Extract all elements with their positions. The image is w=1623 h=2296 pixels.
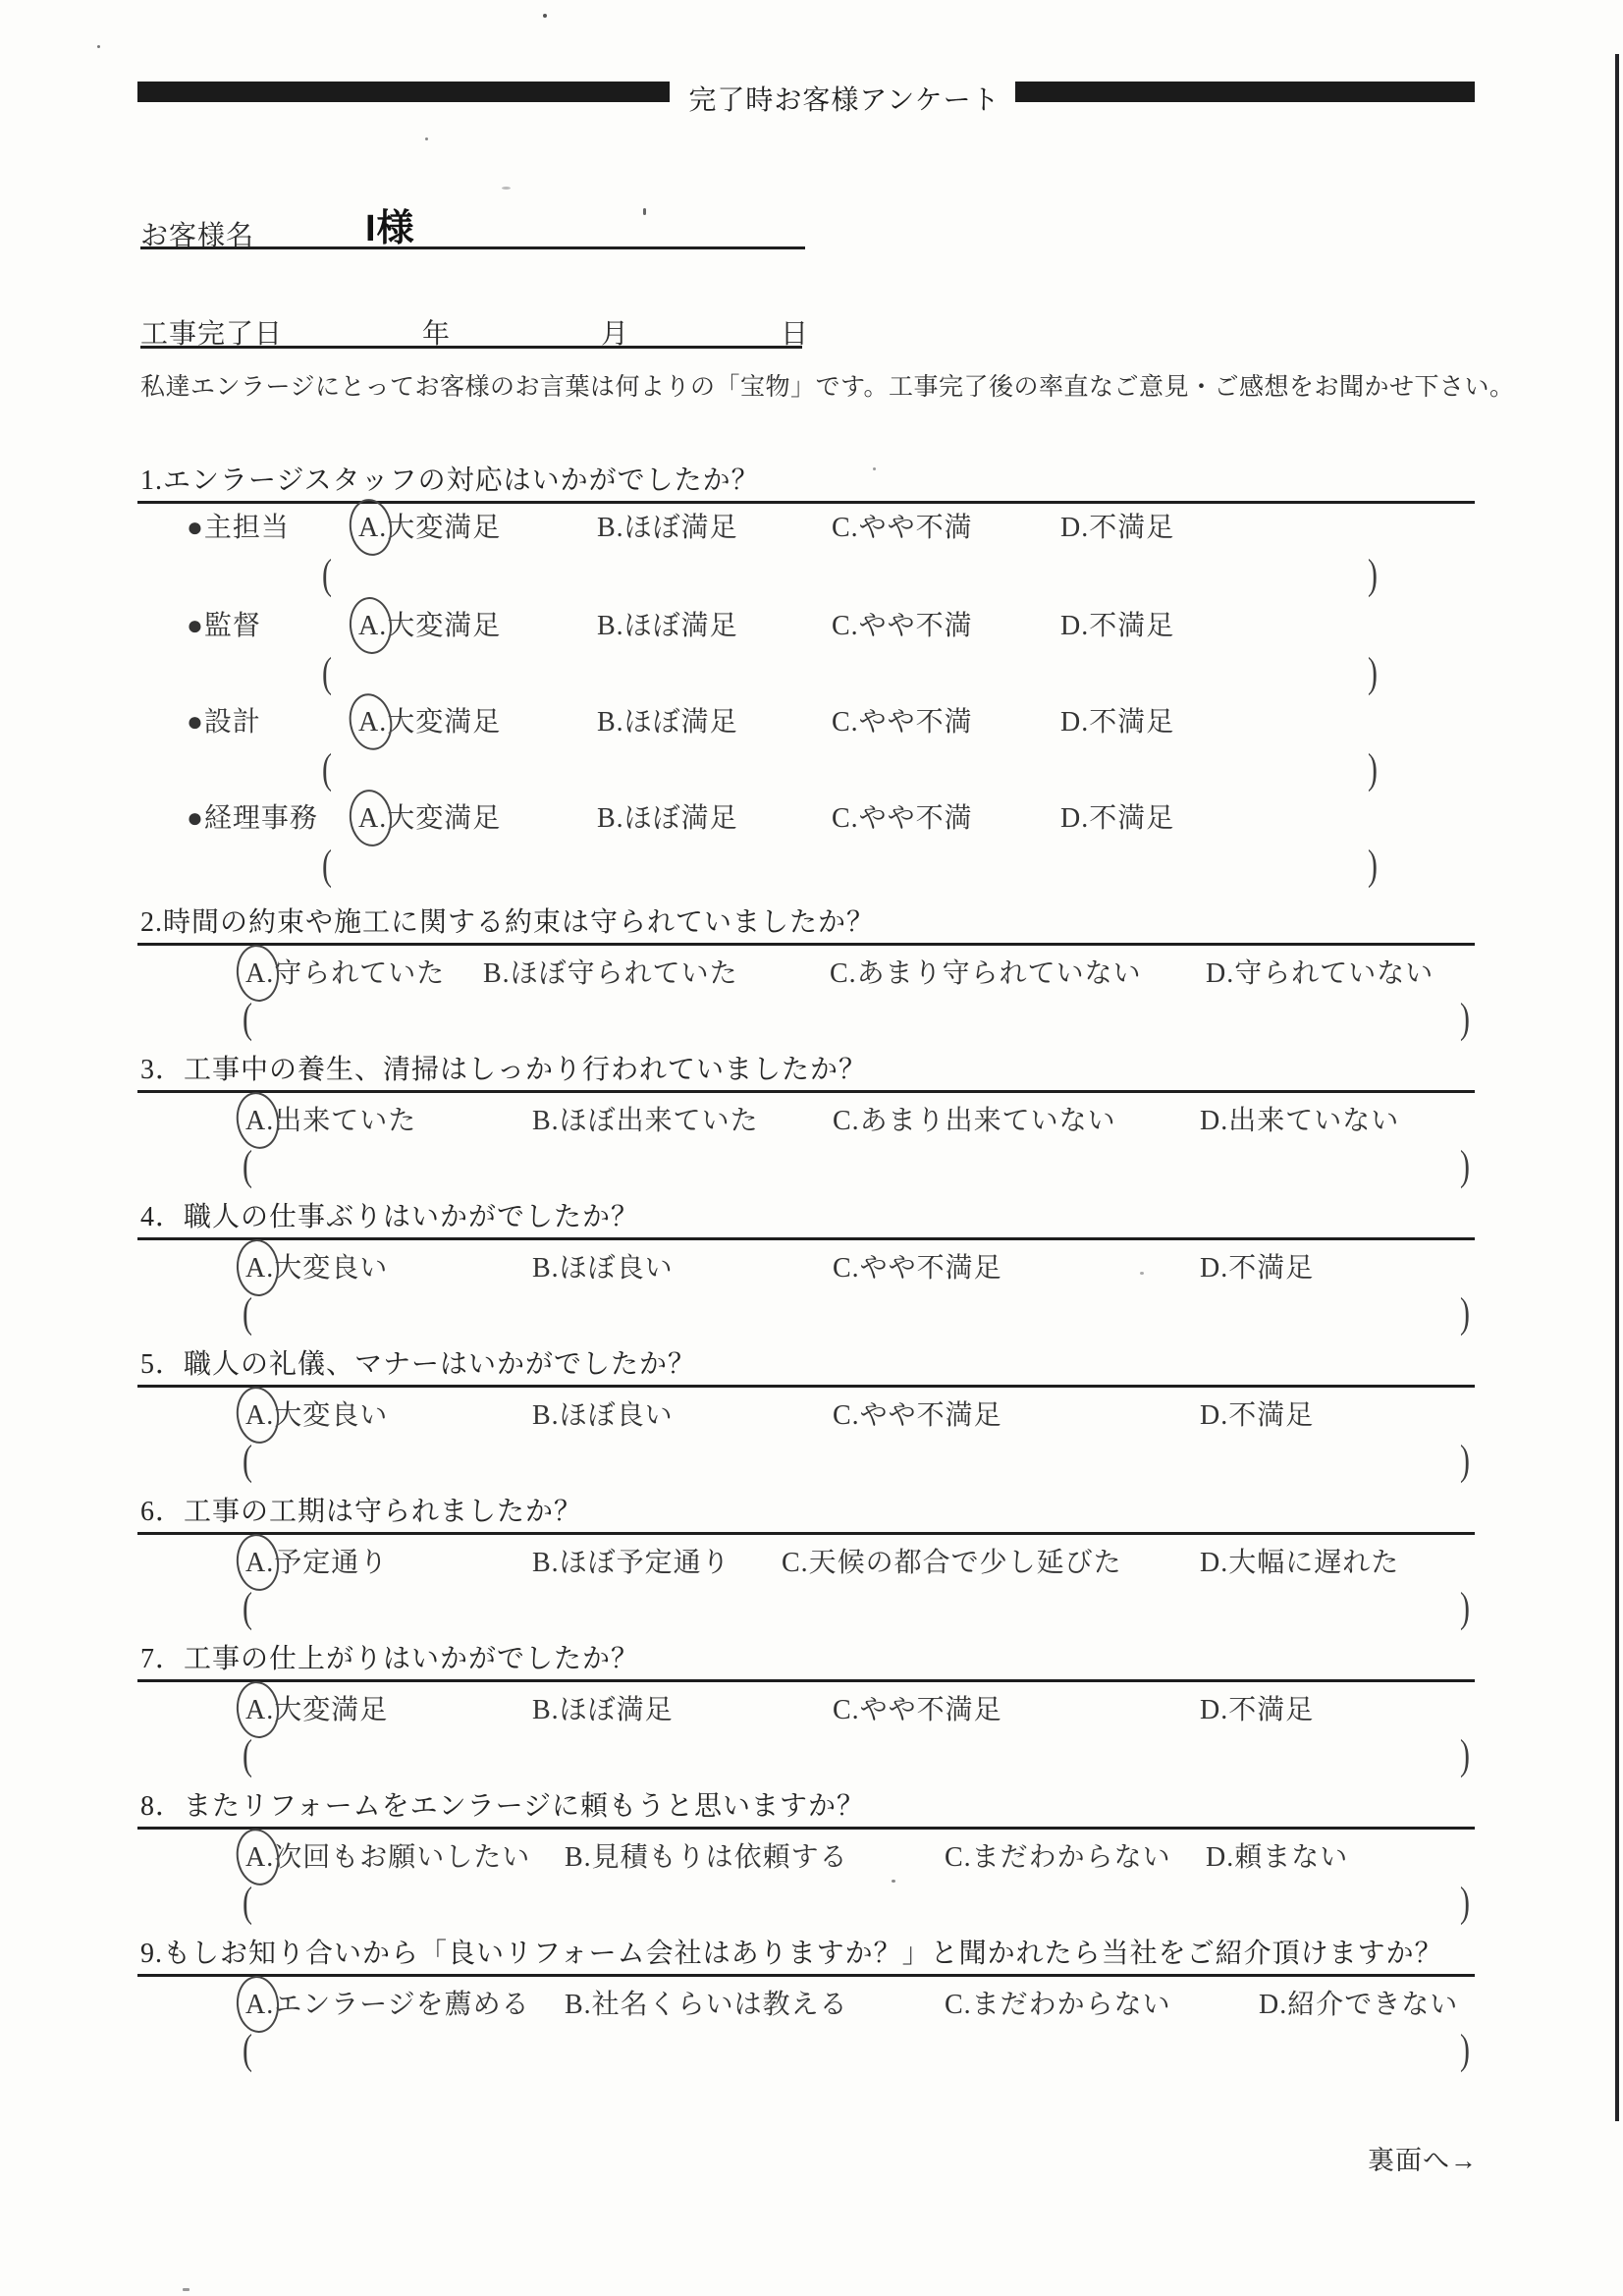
answer-option[interactable]: D.頼まない — [1206, 1840, 1348, 1876]
comment-paren-close: ) — [1368, 838, 1378, 895]
date-month-field[interactable] — [461, 310, 595, 346]
comment-write-area[interactable] — [278, 2027, 1442, 2072]
answer-option[interactable]: B.社名くらいは教える — [565, 1988, 848, 2023]
question-title: 3．工事中の養生、清掃はしっかり行われていましたか？ — [140, 1053, 867, 1088]
answer-option[interactable]: D.大幅に遅れた — [1200, 1546, 1399, 1581]
answer-option[interactable]: C.あまり出来ていない — [833, 1104, 1116, 1139]
answer-option[interactable]: B.ほぼ良い — [532, 1251, 674, 1286]
comment-write-area[interactable] — [278, 1585, 1442, 1630]
question-underline — [137, 1385, 1475, 1388]
question-title: 6．工事の工期は守られましたか？ — [140, 1495, 582, 1530]
selection-circle-mark: A. — [245, 1693, 274, 1728]
comment-paren-close: ) — [1460, 1433, 1470, 1490]
question-underline — [137, 1532, 1475, 1535]
answer-option[interactable]: B.ほぼ守られていた — [483, 957, 738, 992]
answer-option[interactable]: D.不満足 — [1200, 1693, 1314, 1728]
answer-option[interactable]: A.守られていた — [245, 957, 445, 992]
comment-paren-close: ) — [1460, 1285, 1470, 1342]
comment-paren-open: ( — [322, 838, 332, 895]
answer-option[interactable]: A.大変満足 — [358, 609, 501, 644]
scan-speck — [873, 467, 876, 470]
comment-write-area[interactable] — [278, 1438, 1442, 1483]
question-underline — [137, 943, 1475, 946]
answer-option[interactable]: A.大変満足 — [358, 801, 501, 837]
question-title: 4．職人の仕事ぶりはいかがでしたか？ — [140, 1200, 639, 1235]
comment-paren-close: ) — [1460, 991, 1470, 1048]
comment-write-area[interactable] — [278, 1143, 1442, 1188]
answer-option[interactable]: A.大変満足 — [358, 511, 501, 546]
scan-speck — [425, 137, 428, 140]
comment-paren-open: ( — [243, 1285, 252, 1342]
comment-paren-close: ) — [1460, 2022, 1470, 2079]
scan-speck — [502, 187, 511, 190]
answer-option[interactable]: C.やや不満 — [832, 801, 973, 837]
answer-option[interactable]: C.やや不満足 — [833, 1251, 1002, 1286]
survey-page: 完了時お客様アンケート お客様名 I様 工事完了日 年 月 日 私達エンラージに… — [0, 0, 1623, 2296]
question-title: 1.エンラージスタッフの対応はいかがでしたか？ — [140, 464, 760, 499]
scan-speck — [543, 14, 547, 18]
date-day-field[interactable] — [648, 310, 776, 346]
answer-option[interactable]: A.大変満足 — [358, 705, 501, 740]
answer-option[interactable]: A.予定通り — [245, 1546, 388, 1581]
question-underline — [137, 1090, 1475, 1093]
question-title: 2.時間の約束や施工に関する約束は守られていましたか？ — [140, 905, 875, 941]
selection-circle-mark: A. — [245, 1251, 274, 1286]
answer-option[interactable]: A.大変良い — [245, 1251, 388, 1286]
selection-circle-mark: A. — [358, 705, 387, 740]
comment-paren-open: ( — [243, 1727, 252, 1784]
answer-option[interactable]: B.ほぼ満足 — [597, 609, 738, 644]
comment-write-area[interactable] — [357, 746, 1350, 792]
comment-paren-close: ) — [1460, 1727, 1470, 1784]
answer-option[interactable]: B.ほぼ予定通り — [532, 1546, 730, 1581]
answer-option[interactable]: D.不満足 — [1060, 511, 1174, 546]
question-title: 5．職人の礼儀、マナーはいかがでしたか？ — [140, 1347, 696, 1383]
answer-option[interactable]: B.ほぼ良い — [532, 1398, 674, 1434]
answer-option[interactable]: D.不満足 — [1200, 1251, 1314, 1286]
answer-option[interactable]: A.出来ていた — [245, 1104, 416, 1139]
question-title: 7．工事の仕上がりはいかがでしたか？ — [140, 1642, 639, 1677]
selection-circle-mark: A. — [358, 801, 387, 837]
answer-option[interactable]: B.ほぼ満足 — [597, 801, 738, 837]
comment-paren-close: ) — [1460, 1580, 1470, 1637]
answer-option[interactable]: C.まだわからない — [945, 1840, 1171, 1876]
comment-paren-open: ( — [243, 1580, 252, 1637]
answer-option[interactable]: D.紹介できない — [1259, 1988, 1458, 2023]
date-year-field[interactable] — [295, 310, 416, 346]
answer-option[interactable]: D.出来ていない — [1200, 1104, 1399, 1139]
answer-option[interactable]: C.まだわからない — [945, 1988, 1171, 2023]
answer-option[interactable]: D.守られていない — [1206, 957, 1434, 992]
answer-option[interactable]: C.やや不満 — [832, 609, 973, 644]
answer-option[interactable]: D.不満足 — [1060, 609, 1174, 644]
back-side-note: 裏面へ→ — [1368, 2139, 1478, 2177]
comment-paren-open: ( — [243, 1138, 252, 1195]
answer-option[interactable]: C.天候の都合で少し延びた — [782, 1546, 1122, 1581]
comment-paren-close: ) — [1460, 1138, 1470, 1195]
comment-write-area[interactable] — [278, 1732, 1442, 1777]
question-title: 8．またリフォームをエンラージに頼もうと思いますか？ — [140, 1789, 865, 1825]
answer-option[interactable]: B.見積もりは依頼する — [565, 1840, 848, 1876]
comment-paren-open: ( — [243, 2022, 252, 2079]
customer-name-value: I様 — [365, 197, 415, 251]
comment-paren-close: ) — [1368, 645, 1378, 702]
comment-paren-close: ) — [1368, 741, 1378, 798]
answer-option[interactable]: C.やや不満 — [832, 705, 973, 740]
selection-circle-mark: A. — [245, 1840, 274, 1876]
selection-circle-mark: A. — [245, 1546, 274, 1581]
answer-option[interactable]: C.やや不満 — [832, 511, 973, 546]
comment-write-area[interactable] — [357, 650, 1350, 695]
answer-option[interactable]: B.ほぼ満足 — [532, 1693, 674, 1728]
comment-paren-close: ) — [1368, 547, 1378, 604]
selection-circle-mark: A. — [245, 957, 274, 992]
row-bullet-label: ●設計 — [187, 705, 261, 740]
scan-speck — [183, 2288, 189, 2291]
answer-option[interactable]: D.不満足 — [1060, 801, 1174, 837]
selection-circle-mark: A. — [245, 1988, 274, 2023]
header-bar-right — [1015, 82, 1475, 102]
answer-option[interactable]: D.不満足 — [1060, 705, 1174, 740]
selection-circle-mark: A. — [358, 511, 387, 546]
comment-write-area[interactable] — [357, 843, 1350, 888]
answer-option[interactable]: A.大変良い — [245, 1398, 388, 1434]
question-underline — [137, 1237, 1475, 1240]
answer-option[interactable]: B.ほぼ満足 — [597, 705, 738, 740]
selection-circle-mark: A. — [245, 1104, 274, 1139]
comment-write-area[interactable] — [278, 996, 1442, 1041]
answer-option[interactable]: D.不満足 — [1200, 1398, 1314, 1434]
scan-speck — [643, 208, 646, 215]
selection-circle-mark: A. — [245, 1398, 274, 1434]
comment-paren-close: ) — [1460, 1875, 1470, 1932]
answer-option[interactable]: A.エンラージを薦める — [245, 1988, 530, 2023]
comment-paren-open: ( — [322, 741, 332, 798]
comment-write-area[interactable] — [278, 1880, 1442, 1925]
answer-option[interactable]: A.次回もお願いしたい — [245, 1840, 530, 1876]
question-underline — [137, 501, 1475, 504]
comment-paren-open: ( — [243, 1433, 252, 1490]
comment-write-area[interactable] — [357, 552, 1350, 597]
answer-option[interactable]: B.ほぼ満足 — [597, 511, 738, 546]
question-underline — [137, 1679, 1475, 1682]
answer-option[interactable]: C.やや不満足 — [833, 1693, 1002, 1728]
comment-paren-open: ( — [243, 1875, 252, 1932]
question-title: 9.もしお知り合いから「良いリフォーム会社はありますか？」と聞かれたら当社をご紹… — [140, 1937, 1443, 1972]
selection-circle-mark: A. — [358, 609, 387, 644]
comment-paren-open: ( — [322, 645, 332, 702]
scan-speck — [1140, 1272, 1144, 1275]
answer-option[interactable]: C.あまり守られていない — [830, 957, 1142, 992]
row-bullet-label: ●主担当 — [187, 511, 290, 546]
question-underline — [137, 1827, 1475, 1830]
header-bar-left — [137, 82, 670, 102]
intro-text: 私達エンラージにとってお客様のお言葉は何よりの「宝物」です。工事完了後の率直なご… — [140, 367, 1515, 403]
answer-option[interactable]: C.やや不満足 — [833, 1398, 1002, 1434]
page-title: 完了時お客様アンケート — [677, 79, 1011, 118]
customer-name-underline — [140, 246, 805, 249]
answer-option[interactable]: A.大変満足 — [245, 1693, 388, 1728]
scan-edge-line — [1615, 54, 1619, 2121]
comment-paren-open: ( — [322, 547, 332, 604]
answer-option[interactable]: B.ほぼ出来ていた — [532, 1104, 759, 1139]
row-bullet-label: ●経理事務 — [187, 801, 318, 837]
comment-paren-open: ( — [243, 991, 252, 1048]
comment-write-area[interactable] — [278, 1290, 1442, 1336]
completion-date-underline — [140, 346, 802, 349]
question-underline — [137, 1974, 1475, 1977]
row-bullet-label: ●監督 — [187, 609, 261, 644]
scan-speck — [97, 45, 100, 48]
